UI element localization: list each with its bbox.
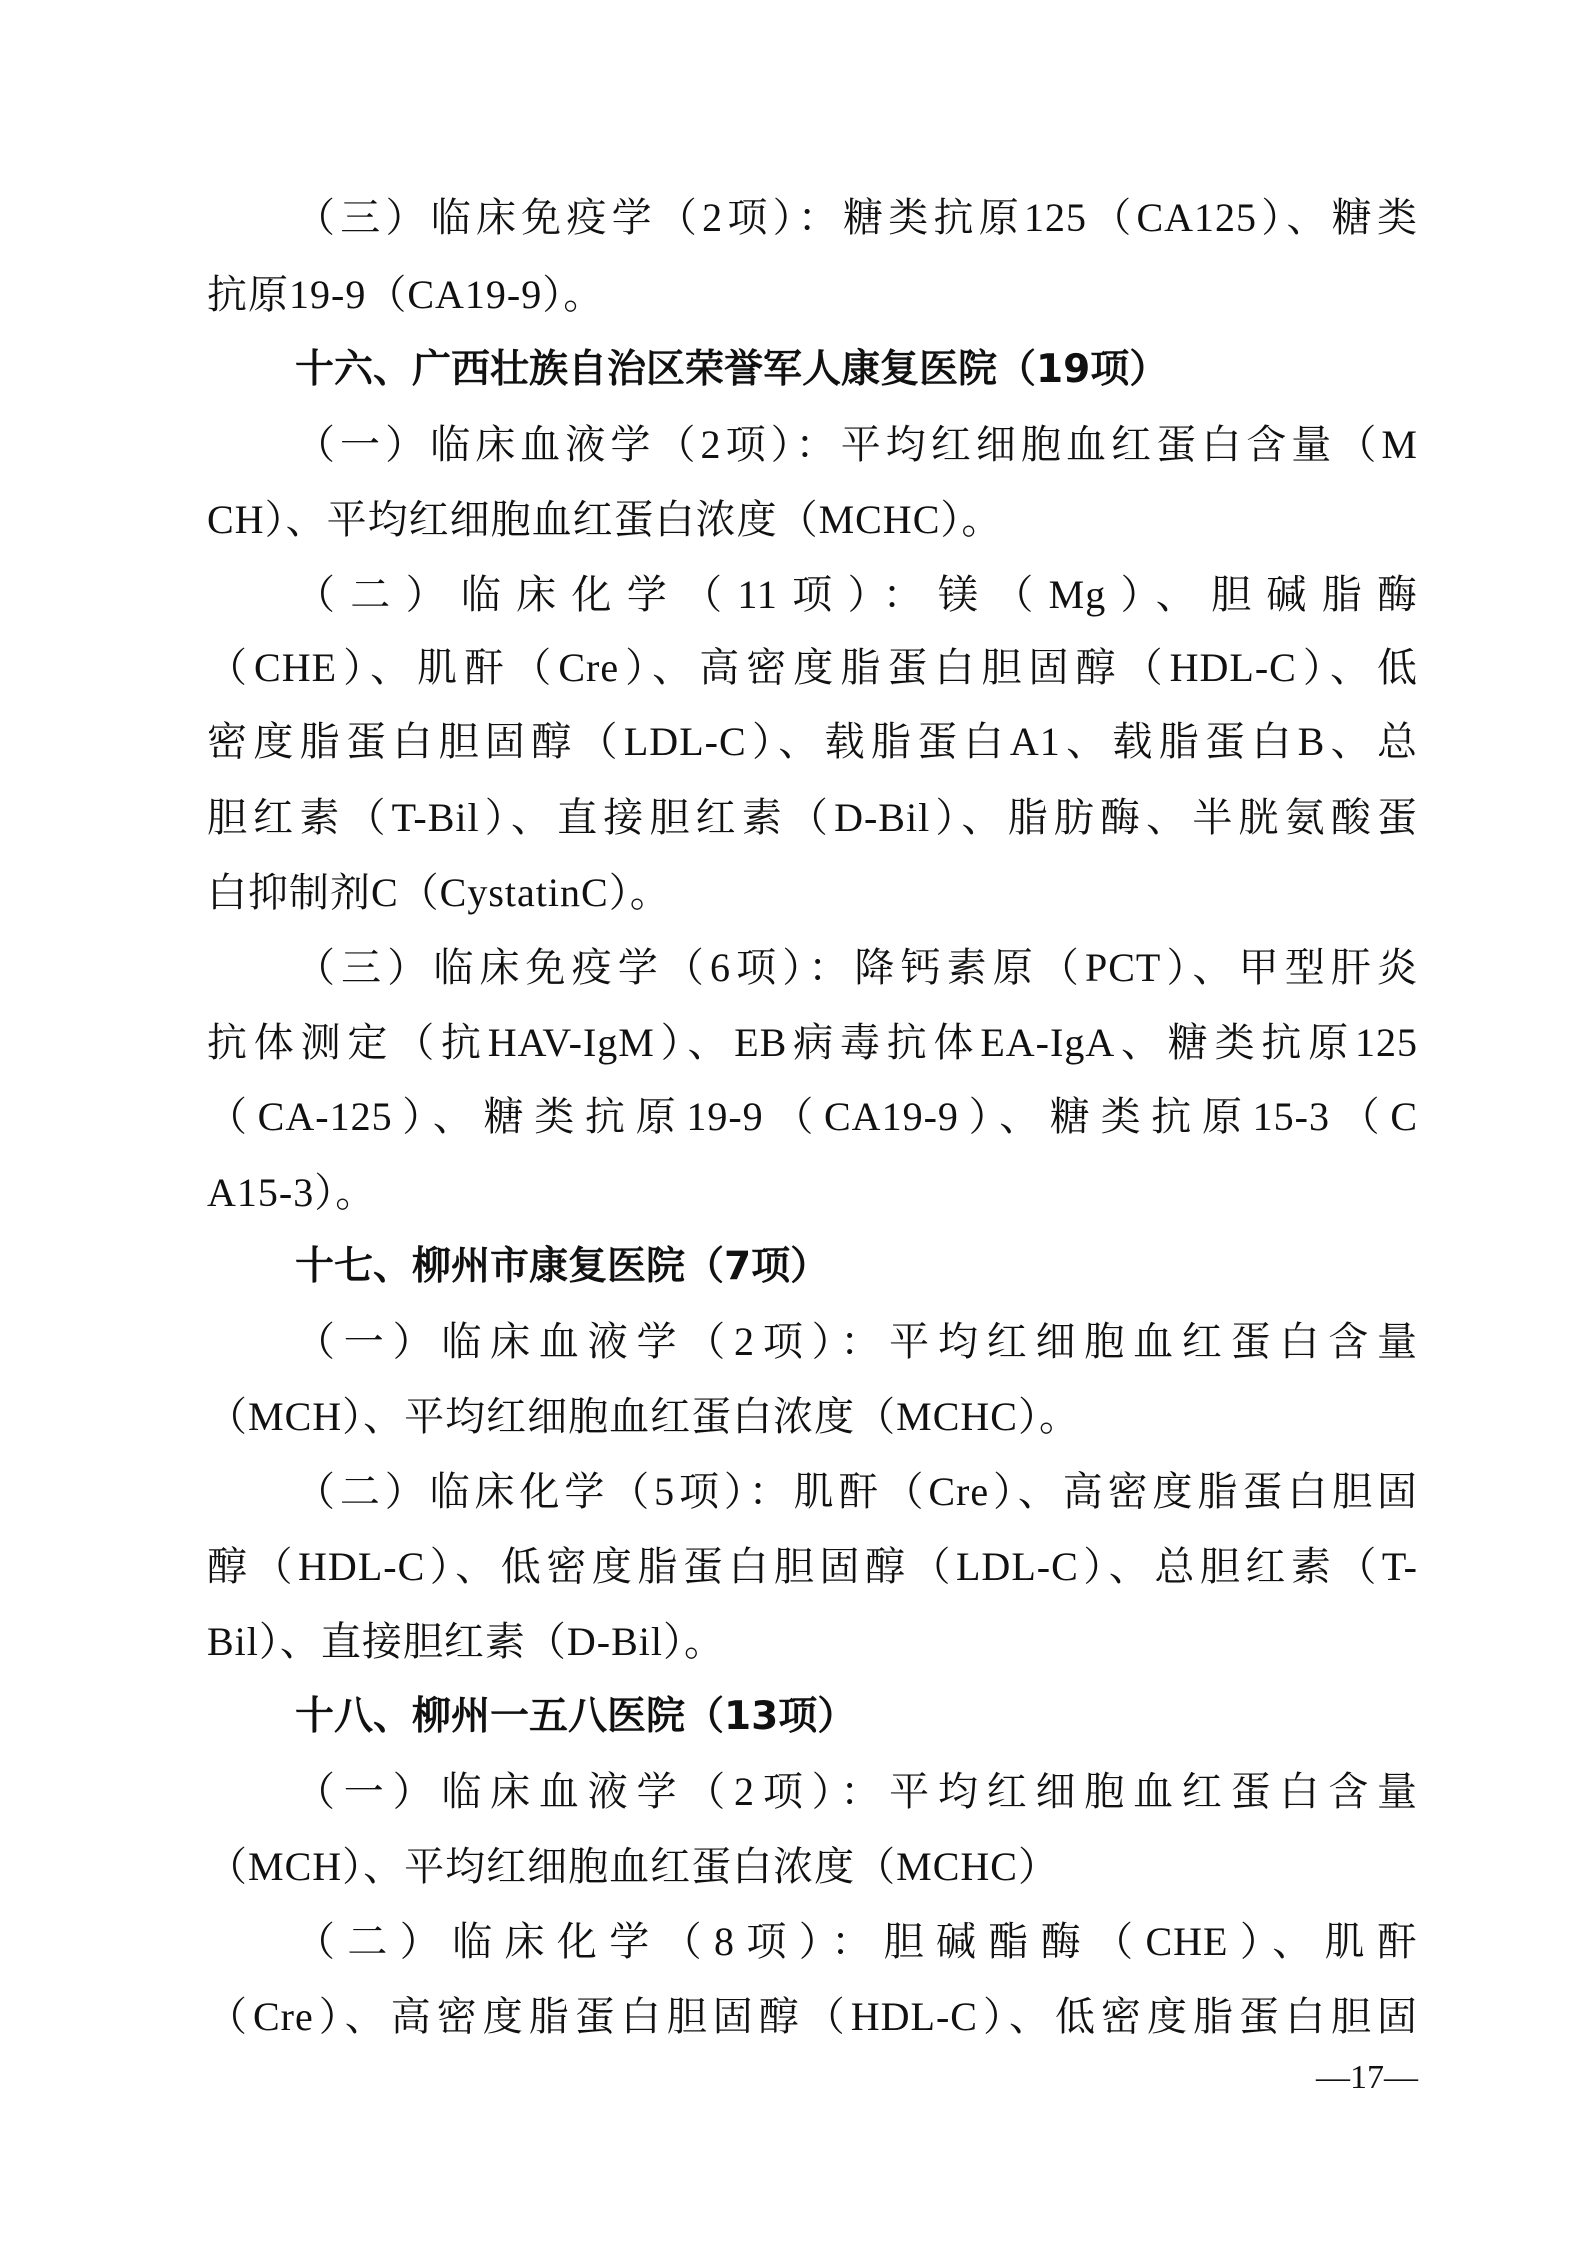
- paragraph-line: 抗原19-9（CA19-9）。: [207, 265, 1418, 325]
- paragraph-line: （三）临床免疫学（6项）：降钙素原（PCT）、甲型肝炎: [295, 938, 1418, 998]
- section-heading: 十六、广西壮族自治区荣誉军人康复医院（19项）: [295, 340, 1418, 400]
- paragraph-line: （一）临床血液学（2项）：平均红细胞血红蛋白含量（M: [295, 415, 1418, 475]
- paragraph-line: （Cre）、高密度脂蛋白胆固醇（HDL-C）、低密度脂蛋白胆固: [207, 1987, 1418, 2047]
- paragraph-line: （二）临床化学（5项）：肌酐（Cre）、高密度脂蛋白胆固: [295, 1462, 1418, 1522]
- paragraph-line: （MCH）、平均红细胞血红蛋白浓度（MCHC）: [207, 1837, 1418, 1897]
- paragraph-line: （CA-125）、糖类抗原19-9（CA19-9）、糖类抗原15-3（C: [207, 1087, 1418, 1147]
- paragraph-line: （一）临床血液学（2项）：平均红细胞血红蛋白含量: [295, 1762, 1418, 1822]
- paragraph-line: （CHE）、肌酐（Cre）、高密度脂蛋白胆固醇（HDL-C）、低: [207, 638, 1418, 698]
- page-number: —17—: [1316, 2053, 1418, 2103]
- paragraph-line: （三）临床免疫学（2项）：糖类抗原125（CA125）、糖类: [295, 188, 1418, 248]
- paragraph-line: CH）、平均红细胞血红蛋白浓度（MCHC）。: [207, 490, 1418, 550]
- paragraph-line: （二）临床化学（11项）：镁（Mg）、胆碱脂酶: [295, 565, 1418, 625]
- paragraph-line: 胆红素（T-Bil）、直接胆红素（D-Bil）、脂肪酶、半胱氨酸蛋: [207, 788, 1418, 848]
- paragraph-line: A15-3）。: [207, 1163, 1418, 1223]
- paragraph-line: （一）临床血液学（2项）：平均红细胞血红蛋白含量: [295, 1312, 1418, 1372]
- paragraph-line: 抗体测定（抗HAV-IgM）、EB病毒抗体EA-IgA、糖类抗原125: [207, 1013, 1418, 1073]
- section-heading: 十八、柳州一五八医院（13项）: [295, 1687, 1418, 1747]
- paragraph-line: （二）临床化学（8项）：胆碱酯酶（CHE）、肌酐: [295, 1912, 1418, 1972]
- paragraph-line: 白抑制剂C（CystatinC）。: [207, 863, 1418, 923]
- document-page: （三）临床免疫学（2项）：糖类抗原125（CA125）、糖类 抗原19-9（CA…: [0, 0, 1588, 2245]
- paragraph-line: 密度脂蛋白胆固醇（LDL-C）、载脂蛋白A1、载脂蛋白B、总: [207, 712, 1418, 772]
- paragraph-line: （MCH）、平均红细胞血红蛋白浓度（MCHC）。: [207, 1387, 1418, 1447]
- paragraph-line: Bil）、直接胆红素（D-Bil）。: [207, 1612, 1418, 1672]
- paragraph-line: 醇（HDL-C）、低密度脂蛋白胆固醇（LDL-C）、总胆红素（T-: [207, 1537, 1418, 1597]
- section-heading: 十七、柳州市康复医院（7项）: [295, 1237, 1418, 1297]
